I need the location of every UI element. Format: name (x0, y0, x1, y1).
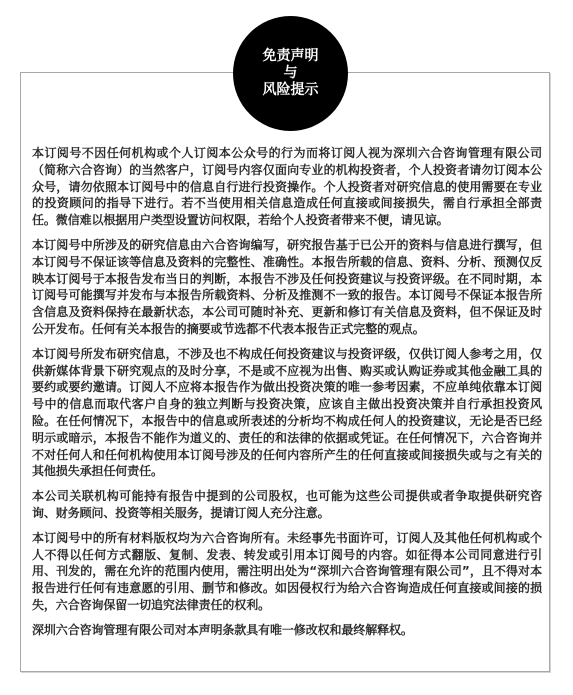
disclaimer-body: 本订阅号不因任何机构或个人订阅本公众号的行为而将订阅人视为深圳六合咨询管理有限公… (32, 145, 542, 647)
title-line-3: 风险提示 (263, 82, 319, 99)
title-badge: 免责声明 与 风险提示 (233, 16, 348, 131)
title-line-2: 与 (284, 65, 298, 82)
paragraph-affiliates: 本公司关联机构可能持有报告中提到的公司股权，也可能为这些公司提供或者争取提供研究… (32, 488, 542, 522)
paragraph-no-advice: 本订阅号所发布研究信息，不涉及也不构成任何投资建议与投资评级，仅供订阅人参考之用… (32, 346, 542, 480)
title-line-1: 免责声明 (263, 48, 319, 65)
paragraph-subscription: 本订阅号不因任何机构或个人订阅本公众号的行为而将订阅人视为深圳六合咨询管理有限公… (32, 145, 542, 229)
paragraph-final-interpretation: 深圳六合咨询管理有限公司对本声明条款具有唯一修改权和最终解释权。 (32, 622, 542, 639)
paragraph-research-info: 本订阅号中所涉及的研究信息由六合咨询编写，研究报告基于已公开的资料与信息进行撰写… (32, 237, 542, 338)
paragraph-copyright: 本订阅号中的所有材料版权均为六合咨询所有。未经事先书面许可，订阅人及其他任何机构… (32, 530, 542, 614)
